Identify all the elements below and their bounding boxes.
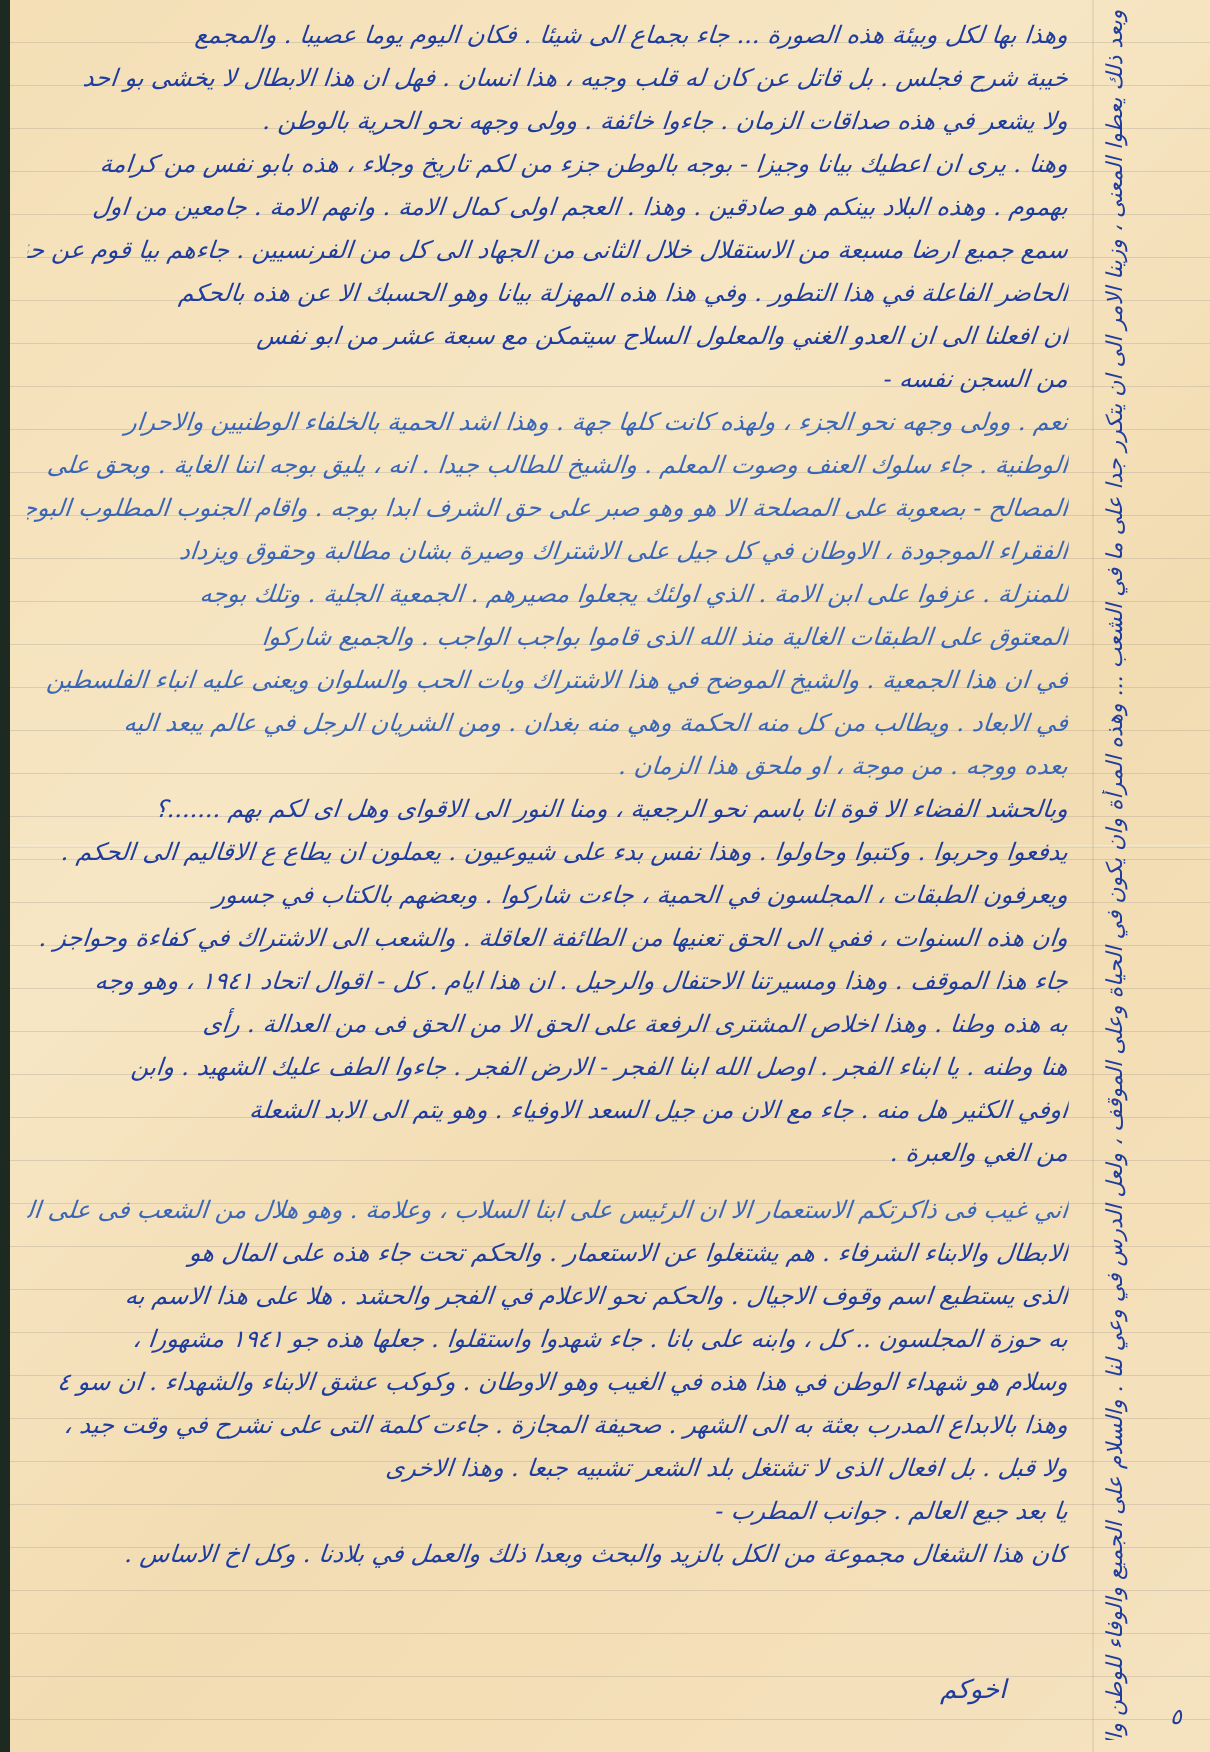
- margin-note: وبعد ذلك يعطوا المعنى ، وزينا الامر الى …: [1102, 10, 1210, 1740]
- letter-line: وهذا بها لكل وبيئة هذه الصورة ... جاء بج…: [26, 14, 1071, 57]
- letter-line: الوطنية . جاء سلوك العنف وصوت المعلم . و…: [26, 444, 1071, 487]
- letter-line: في الابعاد . ويطالب من كل منه الحكمة وهي…: [26, 702, 1071, 745]
- letter-line: وهذا بالابداع المدرب بعثة به الى الشهر .…: [26, 1404, 1071, 1447]
- letter-line: كان هذا الشغال مجموعة من الكل بالزيد وال…: [26, 1533, 1071, 1576]
- letter-line: بهموم . وهذه البلاد بينكم هو صادقين . وه…: [26, 186, 1071, 229]
- letter-paper: وهذا بها لكل وبيئة هذه الصورة ... جاء بج…: [10, 0, 1210, 1752]
- letter-line: ويعرفون الطبقات ، المجلسون في الحمية ، ج…: [26, 874, 1071, 917]
- letter-line: من السجن نفسه -: [26, 358, 1071, 401]
- letter-line: وان هذه السنوات ، ففي الى الحق تعنيها من…: [26, 917, 1071, 960]
- letter-line: وبالحشد الفضاء الا قوة انا باسم نحو الرج…: [26, 788, 1071, 831]
- letter-line: سمع جميع ارضا مسبعة من الاستقلال خلال ال…: [26, 229, 1071, 272]
- letter-line: المصالح - بصعوبة على المصلحة الا هو وهو …: [26, 487, 1071, 530]
- letter-line: وهنا . يرى ان اعطيك بيانا وجيزا - بوجه ب…: [26, 143, 1071, 186]
- letter-line: يدفعوا وحربوا . وكتبوا وحاولوا . وهذا نف…: [26, 831, 1071, 874]
- letter-line: به حوزة المجلسون .. كل ، وابنه على بانا …: [26, 1318, 1071, 1361]
- letter-line: المعتوق على الطبقات الغالية منذ الله الذ…: [26, 616, 1071, 659]
- letter-line: الابطال والابناء الشرفاء . هم يشتغلوا عن…: [26, 1232, 1071, 1275]
- letter-line: نعم . وولى وجهه نحو الجزء ، ولهذه كانت ك…: [26, 401, 1071, 444]
- letter-line: من الغي والعبرة .: [26, 1132, 1071, 1175]
- letter-line: خيبة شرح فجلس . بل قاتل عن كان له قلب وج…: [26, 57, 1071, 100]
- letter-line: بعده ووجه . من موجة ، او ملحق هذا الزمان…: [26, 745, 1071, 788]
- letter-line: وسلام هو شهداء الوطن في هذا هذه في الغيب…: [26, 1361, 1071, 1404]
- letter-line: اني غيب فى ذاكرتكم الاستعمار الا ان الرئ…: [26, 1189, 1071, 1232]
- margin-note-text: وبعد ذلك يعطوا المعنى ، وزينا الامر الى …: [1102, 10, 1130, 1740]
- letter-line: الحاضر الفاعلة في هذا التطور . وفي هذا ه…: [26, 272, 1071, 315]
- letter-line: ولا قبل . بل افعال الذى لا تشتغل بلد الش…: [26, 1447, 1071, 1490]
- letter-line: هنا وطنه . يا ابناء الفجر . اوصل الله اب…: [26, 1046, 1071, 1089]
- letter-line: الذى يستطيع اسم وقوف الاجيال . والحكم نح…: [26, 1275, 1071, 1318]
- letter-line: ان افعلنا الى ان العدو الغني والمعلول ال…: [26, 315, 1071, 358]
- letter-body: وهذا بها لكل وبيئة هذه الصورة ... جاء بج…: [28, 14, 1068, 1576]
- letter-line: يا بعد جيع العالم . جوانب المطرب -: [26, 1490, 1071, 1533]
- page-number: ٥: [1170, 1705, 1182, 1730]
- letter-line: جاء هذا الموقف . وهذا ومسيرتنا الاحتفال …: [26, 960, 1071, 1003]
- letter-line: في ان هذا الجمعية . والشيخ الموضح في هذا…: [26, 659, 1071, 702]
- letter-line: اوفي الكثير هل منه . جاء مع الان من جيل …: [26, 1089, 1071, 1132]
- letter-line: للمنزلة . عزفوا على ابن الامة . الذي اول…: [26, 573, 1071, 616]
- signature: اخوكم: [940, 1675, 1006, 1705]
- paper-margin-line: [1092, 0, 1094, 1752]
- letter-line: ولا يشعر في هذه صداقات الزمان . جاءوا خا…: [26, 100, 1071, 143]
- letter-line: الفقراء الموجودة ، الاوطان في كل جيل على…: [26, 530, 1071, 573]
- letter-line: به هذه وطنا . وهذا اخلاص المشترى الرفعة …: [26, 1003, 1071, 1046]
